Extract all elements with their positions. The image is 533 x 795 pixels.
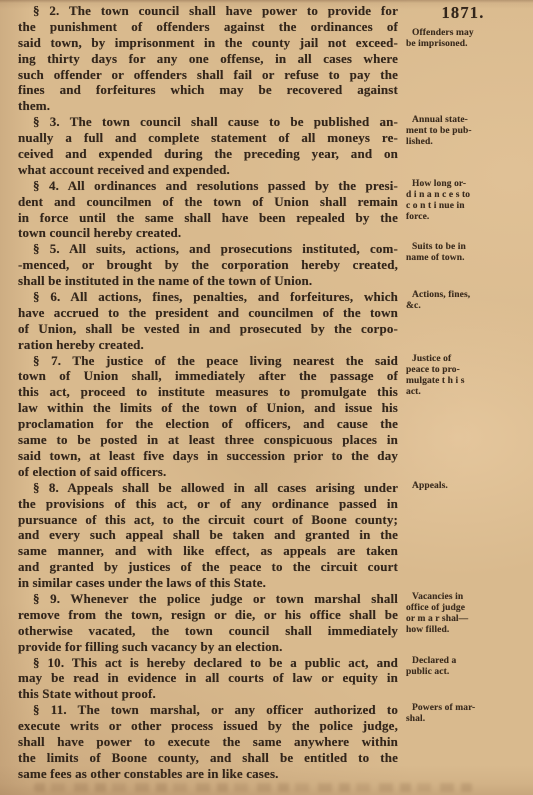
section-line: said town, at least five days in success… [18, 448, 398, 464]
section-body: § 5. All suits, actions, and prosecution… [18, 241, 398, 289]
section-body: § 11. The town marshal, or any officer a… [18, 702, 398, 781]
statute-section: § 7. The justice of the peace living nea… [18, 353, 528, 480]
margin-note: Actions, fines, &c. [406, 289, 528, 312]
section-line: ration hereby created. [18, 337, 398, 353]
section-line: fines and forfeitures which may be recov… [18, 82, 398, 98]
section-line: in force until the same shall have been … [18, 210, 398, 226]
margin-note-column: Suits to be in name of town. [398, 241, 528, 264]
margin-note: Suits to be in name of town. [406, 241, 528, 264]
margin-note: Powers of mar- shal. [406, 702, 528, 725]
margin-note-column: 1871.Offenders may be imprisoned. [398, 3, 528, 50]
section-body: § 3. The town council shall cause to be … [18, 114, 398, 178]
margin-note: Offenders may be imprisoned. [406, 27, 528, 50]
section-line: § 4. All ordinances and resolutions pass… [18, 178, 398, 194]
statute-page: § 2. The town council shall have power t… [0, 0, 533, 795]
section-line: § 10. This act is hereby declared to be … [18, 655, 398, 671]
statute-section: § 5. All suits, actions, and prosecution… [18, 241, 528, 289]
page-showthrough [34, 783, 473, 792]
statute-section: § 2. The town council shall have power t… [18, 3, 528, 114]
section-body: § 6. All actions, fines, penalties, and … [18, 289, 398, 353]
section-line: -menced, or brought by the corporation h… [18, 257, 398, 273]
margin-note: Justice of peace to pro- mulgate t h i s… [406, 353, 528, 398]
section-line: ing thirty days for any one offense, in … [18, 51, 398, 67]
margin-note: Appeals. [406, 480, 528, 492]
section-line: same fees as other constables are in lik… [18, 766, 398, 782]
section-line: ceived and expended during the preceding… [18, 146, 398, 162]
margin-note-column: Justice of peace to pro- mulgate t h i s… [398, 353, 528, 398]
section-line: execute writs or other process issued by… [18, 718, 398, 734]
section-line: provide for filling such vacancy by an e… [18, 639, 398, 655]
statute-section: § 9. Whenever the police judge or town m… [18, 591, 528, 655]
section-line: the provisions of this act, or of any or… [18, 496, 398, 512]
section-line: § 6. All actions, fines, penalties, and … [18, 289, 398, 305]
section-line: § 8. Appeals shall be allowed in all cas… [18, 480, 398, 496]
section-line: this State without proof. [18, 686, 398, 702]
section-line: this act, proceed to institute measures … [18, 384, 398, 400]
section-line: § 11. The town marshal, or any officer a… [18, 702, 398, 718]
margin-note-column: Vacancies in office of judge or m a r sh… [398, 591, 528, 636]
statute-section: § 6. All actions, fines, penalties, and … [18, 289, 528, 353]
section-line: town council hereby created. [18, 225, 398, 241]
section-line: what account received and expended. [18, 162, 398, 178]
section-body: § 9. Whenever the police judge or town m… [18, 591, 398, 655]
section-line: nually a full and complete statement of … [18, 130, 398, 146]
statute-section: § 3. The town council shall cause to be … [18, 114, 528, 178]
section-body: § 10. This act is hereby declared to be … [18, 655, 398, 703]
section-body: § 4. All ordinances and resolutions pass… [18, 178, 398, 242]
section-line: § 5. All suits, actions, and prosecution… [18, 241, 398, 257]
section-line: and granted by justices of the peace to … [18, 559, 398, 575]
margin-note-column: Powers of mar- shal. [398, 702, 528, 725]
margin-note: Declared a public act. [406, 655, 528, 678]
section-line: proclamation for the election of officer… [18, 416, 398, 432]
section-body: § 8. Appeals shall be allowed in all cas… [18, 480, 398, 591]
margin-note-column: Actions, fines, &c. [398, 289, 528, 312]
margin-note-column: How long or- d i n a n c e s to c o n t … [398, 178, 528, 223]
section-line: them. [18, 98, 398, 114]
margin-note: Annual state- ment to be pub- lished. [406, 114, 528, 148]
section-line: § 7. The justice of the peace living nea… [18, 353, 398, 369]
statute-section: § 10. This act is hereby declared to be … [18, 655, 528, 703]
section-line: § 3. The town council shall cause to be … [18, 114, 398, 130]
section-line: have accrued to the president and counci… [18, 305, 398, 321]
section-line: pursuance of this act, to the circuit co… [18, 512, 398, 528]
statute-sections: § 2. The town council shall have power t… [18, 3, 528, 782]
margin-note-column: Declared a public act. [398, 655, 528, 678]
margin-note: Vacancies in office of judge or m a r sh… [406, 591, 528, 636]
section-line: the punishment of offenders against the … [18, 19, 398, 35]
section-line: otherwise vacated, the town council shal… [18, 623, 398, 639]
section-line: same to be posted in at least three cons… [18, 432, 398, 448]
section-line: remove from the town, resign or die, or … [18, 607, 398, 623]
section-line: said town, by imprisonment in the county… [18, 35, 398, 51]
section-line: shall be instituted in the name of the t… [18, 273, 398, 289]
section-line: dent and councilmen of the town of Union… [18, 194, 398, 210]
margin-note-column: Annual state- ment to be pub- lished. [398, 114, 528, 148]
section-line: town of Union shall, immediately after t… [18, 368, 398, 384]
year-label: 1871. [420, 3, 506, 23]
section-line: such offender or offenders shall fail or… [18, 67, 398, 83]
section-line: and every such appeal shall be taken and… [18, 527, 398, 543]
section-line: § 9. Whenever the police judge or town m… [18, 591, 398, 607]
statute-section: § 8. Appeals shall be allowed in all cas… [18, 480, 528, 591]
section-line: shall have power to execute the same any… [18, 734, 398, 750]
section-line: § 2. The town council shall have power t… [18, 3, 398, 19]
section-line: of Union, shall be vested in and prosecu… [18, 321, 398, 337]
section-line: law within the limits of the town of Uni… [18, 400, 398, 416]
section-body: § 7. The justice of the peace living nea… [18, 353, 398, 480]
section-body: § 2. The town council shall have power t… [18, 3, 398, 114]
section-line: in similar cases under the laws of this … [18, 575, 398, 591]
statute-section: § 4. All ordinances and resolutions pass… [18, 178, 528, 242]
margin-note: How long or- d i n a n c e s to c o n t … [406, 178, 528, 223]
section-line: may be read in evidence in all courts of… [18, 670, 398, 686]
section-line: of election of said officers. [18, 464, 398, 480]
statute-section: § 11. The town marshal, or any officer a… [18, 702, 528, 781]
section-line: the limits of Boone county, and shall be… [18, 750, 398, 766]
margin-note-column: Appeals. [398, 480, 528, 492]
section-line: same manner, and with like effect, as ap… [18, 543, 398, 559]
